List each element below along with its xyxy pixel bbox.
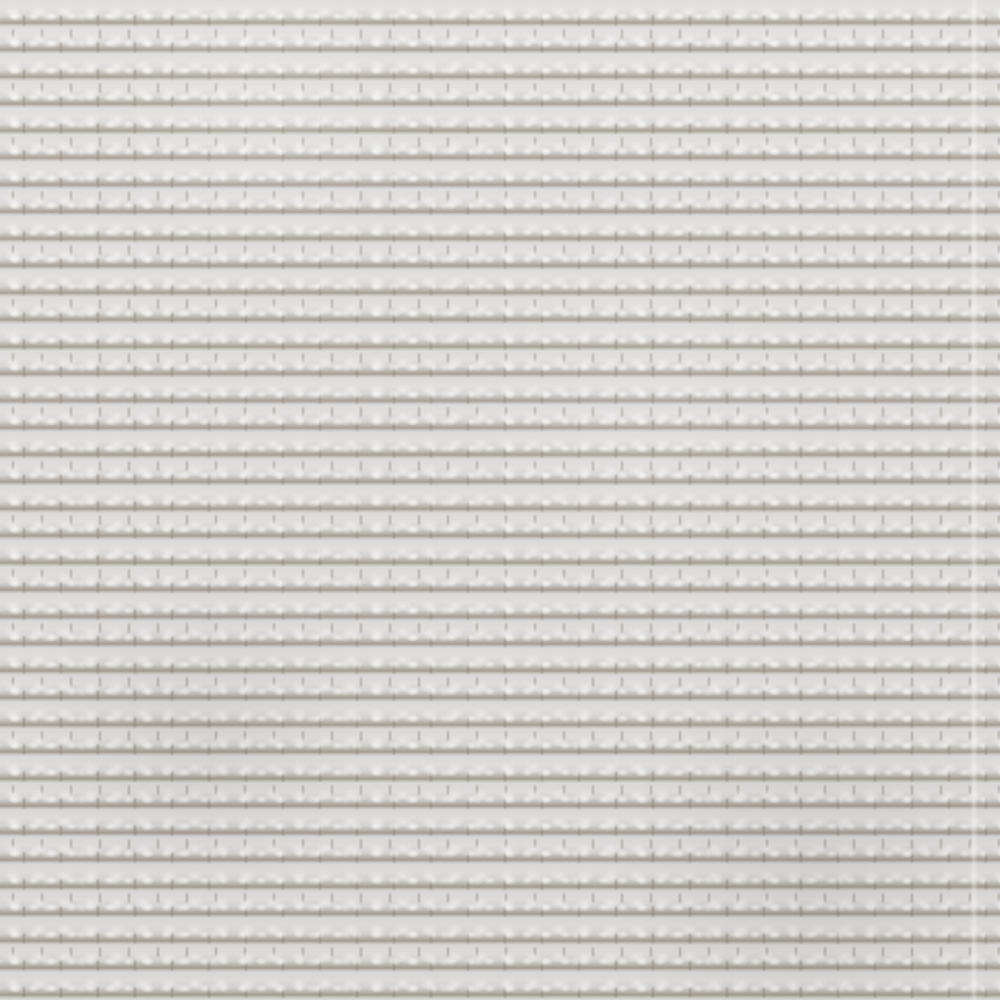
- fabric-seam: [970, 0, 978, 1000]
- fabric-shading: [0, 0, 1000, 1000]
- fabric-texture-photo: [0, 0, 1000, 1000]
